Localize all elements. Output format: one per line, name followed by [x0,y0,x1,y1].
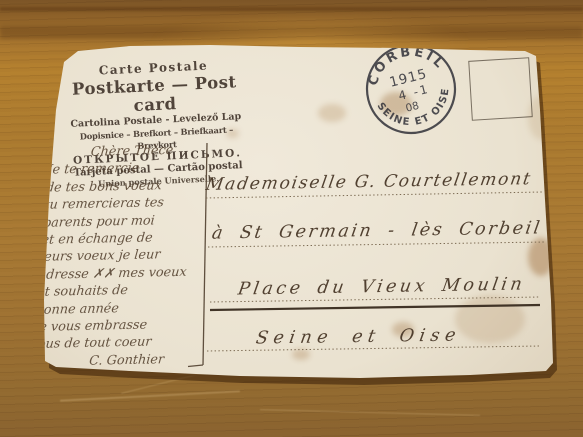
wood-grain-streak [0,26,583,39]
postmark-year: 08 [405,100,421,115]
wood-scratch [60,390,240,401]
wood-scratch [260,409,480,416]
message-column: Chère Thèce Je te remercie de tes bons v… [30,141,221,371]
stamp-box [468,57,533,121]
address-line-department: Seine et Oise [254,326,462,349]
wood-grain-streak [0,7,583,11]
photo-background: Carte Postale Postkarte — Post card Cart… [0,0,583,437]
